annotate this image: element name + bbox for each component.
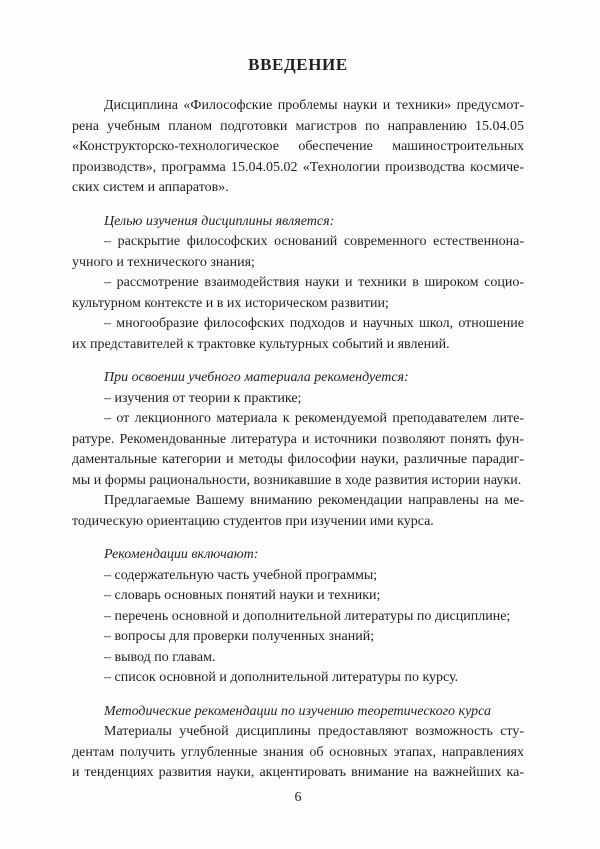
text-line: – раскрытие философских оснований соврем… [72, 232, 524, 253]
advice-heading: При освоении учебного материала рекоменд… [72, 368, 524, 389]
materials-paragraph: Материалы учебной дисциплины предоставля… [72, 722, 524, 784]
goal-heading: Целью изучения дисциплины является: [72, 212, 524, 233]
text-line: Целью изучения дисциплины является: [72, 212, 524, 233]
text-line: – вопросы для проверки полученных знаний… [72, 627, 524, 648]
text-line: учного и технического знания; [72, 253, 524, 274]
text-line: дентам получить углубленные знания об ос… [72, 743, 524, 764]
text-line: Материалы учебной дисциплины предоставля… [72, 722, 524, 743]
text-line: «Конструкторско-технологическое обеспече… [72, 137, 524, 158]
document-page: ВВЕДЕНИЕ Дисциплина «Философские проблем… [0, 0, 600, 849]
text-line: – вывод по главам. [72, 648, 524, 669]
text-line: – рассмотрение взаимодействия науки и те… [72, 273, 524, 294]
text-line: ратуре. Рекомендованные литература и ист… [72, 430, 524, 451]
text-block: ВВЕДЕНИЕ Дисциплина «Философские проблем… [0, 0, 600, 808]
text-line: их представителей к трактовке культурных… [72, 335, 524, 356]
text-line: даментальные категории и методы философи… [72, 450, 524, 471]
text-line: – изучения от теории к практике; [72, 389, 524, 410]
text-line: – содержательную часть учебной программы… [72, 566, 524, 587]
advice-list: – изучения от теории к практике;– от лек… [72, 389, 524, 492]
text-line: – список основной и дополнительной литер… [72, 668, 524, 689]
text-line: культурном контексте и в их историческом… [72, 294, 524, 315]
text-line: Методические рекомендации по изучению те… [72, 702, 524, 723]
text-line: мы и формы рациональности, возникавшие в… [72, 471, 524, 492]
text-line: рена учебным планом подготовки магистров… [72, 117, 524, 138]
text-line: Рекомендации включают: [72, 545, 524, 566]
text-line: ских систем и аппаратов». [72, 178, 524, 199]
text-line: – от лекционного материала к рекомендуем… [72, 409, 524, 430]
text-line: Предлагаемые Вашему вниманию рекомендаци… [72, 491, 524, 512]
text-line: тодическую ориентацию студентов при изуч… [72, 512, 524, 533]
orientation-paragraph: Предлагаемые Вашему вниманию рекомендаци… [72, 491, 524, 532]
text-line: производств», программа 15.04.05.02 «Тех… [72, 158, 524, 179]
text-line: Дисциплина «Философские проблемы науки и… [72, 96, 524, 117]
text-line: При освоении учебного материала рекоменд… [72, 368, 524, 389]
goal-list: – раскрытие философских оснований соврем… [72, 232, 524, 355]
recommendations-heading: Рекомендации включают: [72, 545, 524, 566]
text-line: – словарь основных понятий науки и техни… [72, 586, 524, 607]
page-title: ВВЕДЕНИЕ [72, 54, 524, 75]
methodical-heading: Методические рекомендации по изучению те… [72, 702, 524, 723]
intro-paragraph: Дисциплина «Философские проблемы науки и… [72, 96, 524, 199]
text-line: – перечень основной и дополнительной лит… [72, 607, 524, 628]
recommendations-list: – содержательную часть учебной программы… [72, 566, 524, 689]
text-line: и тенденциях развития науки, акцентирова… [72, 763, 524, 784]
document-body: Дисциплина «Философские проблемы науки и… [72, 96, 524, 784]
text-line: – многообразие философских подходов и на… [72, 314, 524, 335]
page-number: 6 [72, 788, 524, 809]
